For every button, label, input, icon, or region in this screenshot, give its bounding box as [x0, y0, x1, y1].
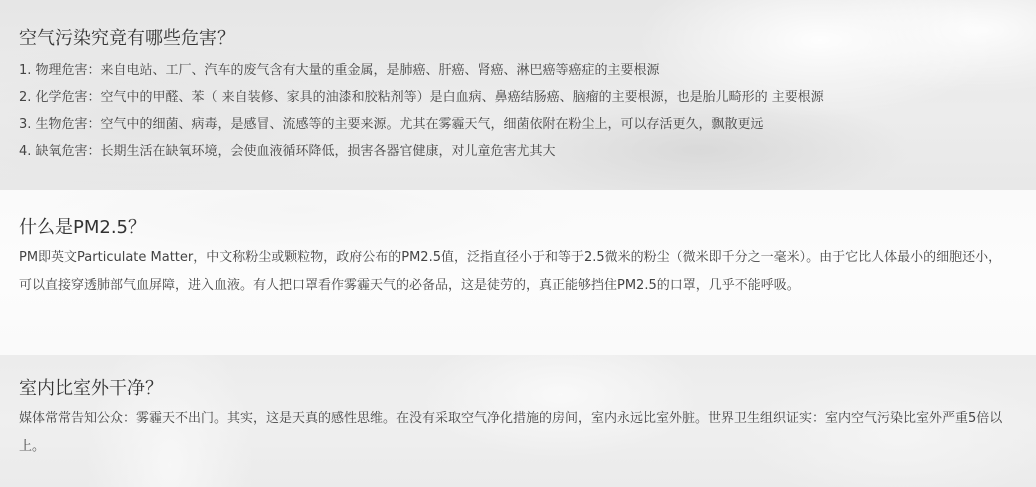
hazard-item-physical: 1. 物理危害：来自电站、工厂、汽车的废气含有大量的重金属，是肺癌、肝癌、肾癌、… — [19, 57, 1036, 84]
hazard-item-hypoxia: 4. 缺氧危害：长期生活在缺氧环境，会使血液循环降低，损害各器官健康，对儿童危害… — [19, 138, 1036, 165]
hazard-list: 1. 物理危害：来自电站、工厂、汽车的废气含有大量的重金属，是肺癌、肝癌、肾癌、… — [19, 57, 1036, 165]
hazard-item-biological: 3. 生物危害：空气中的细菌、病毒，是感冒、流感等的主要来源。尤其在雾霾天气，细… — [19, 111, 1036, 138]
section-title: 室内比室外干净？ — [19, 377, 1036, 401]
hazard-item-chemical: 2. 化学危害：空气中的甲醛、苯（ 来自装修、家具的油漆和胶粘剂等）是白血病、鼻… — [19, 84, 1036, 111]
section-what-is-pm25: 什么是PM2.5？ PM即英文Particulate Matter，中文称粉尘或… — [0, 190, 1036, 355]
section-title: 什么是PM2.5？ — [19, 216, 1036, 240]
section-pollution-hazards: 空气污染究竟有哪些危害？ 1. 物理危害：来自电站、工厂、汽车的废气含有大量的重… — [0, 0, 1036, 190]
section-title: 空气污染究竟有哪些危害？ — [19, 27, 1036, 51]
section-body: 媒体常常告知公众：雾霾天不出门。其实，这是天真的感性思维。在没有采取空气净化措施… — [19, 405, 1004, 460]
section-indoor-vs-outdoor: 室内比室外干净？ 媒体常常告知公众：雾霾天不出门。其实，这是天真的感性思维。在没… — [0, 355, 1036, 487]
section-body: PM即英文Particulate Matter，中文称粉尘或颗粒物，政府公布的P… — [19, 244, 1004, 299]
